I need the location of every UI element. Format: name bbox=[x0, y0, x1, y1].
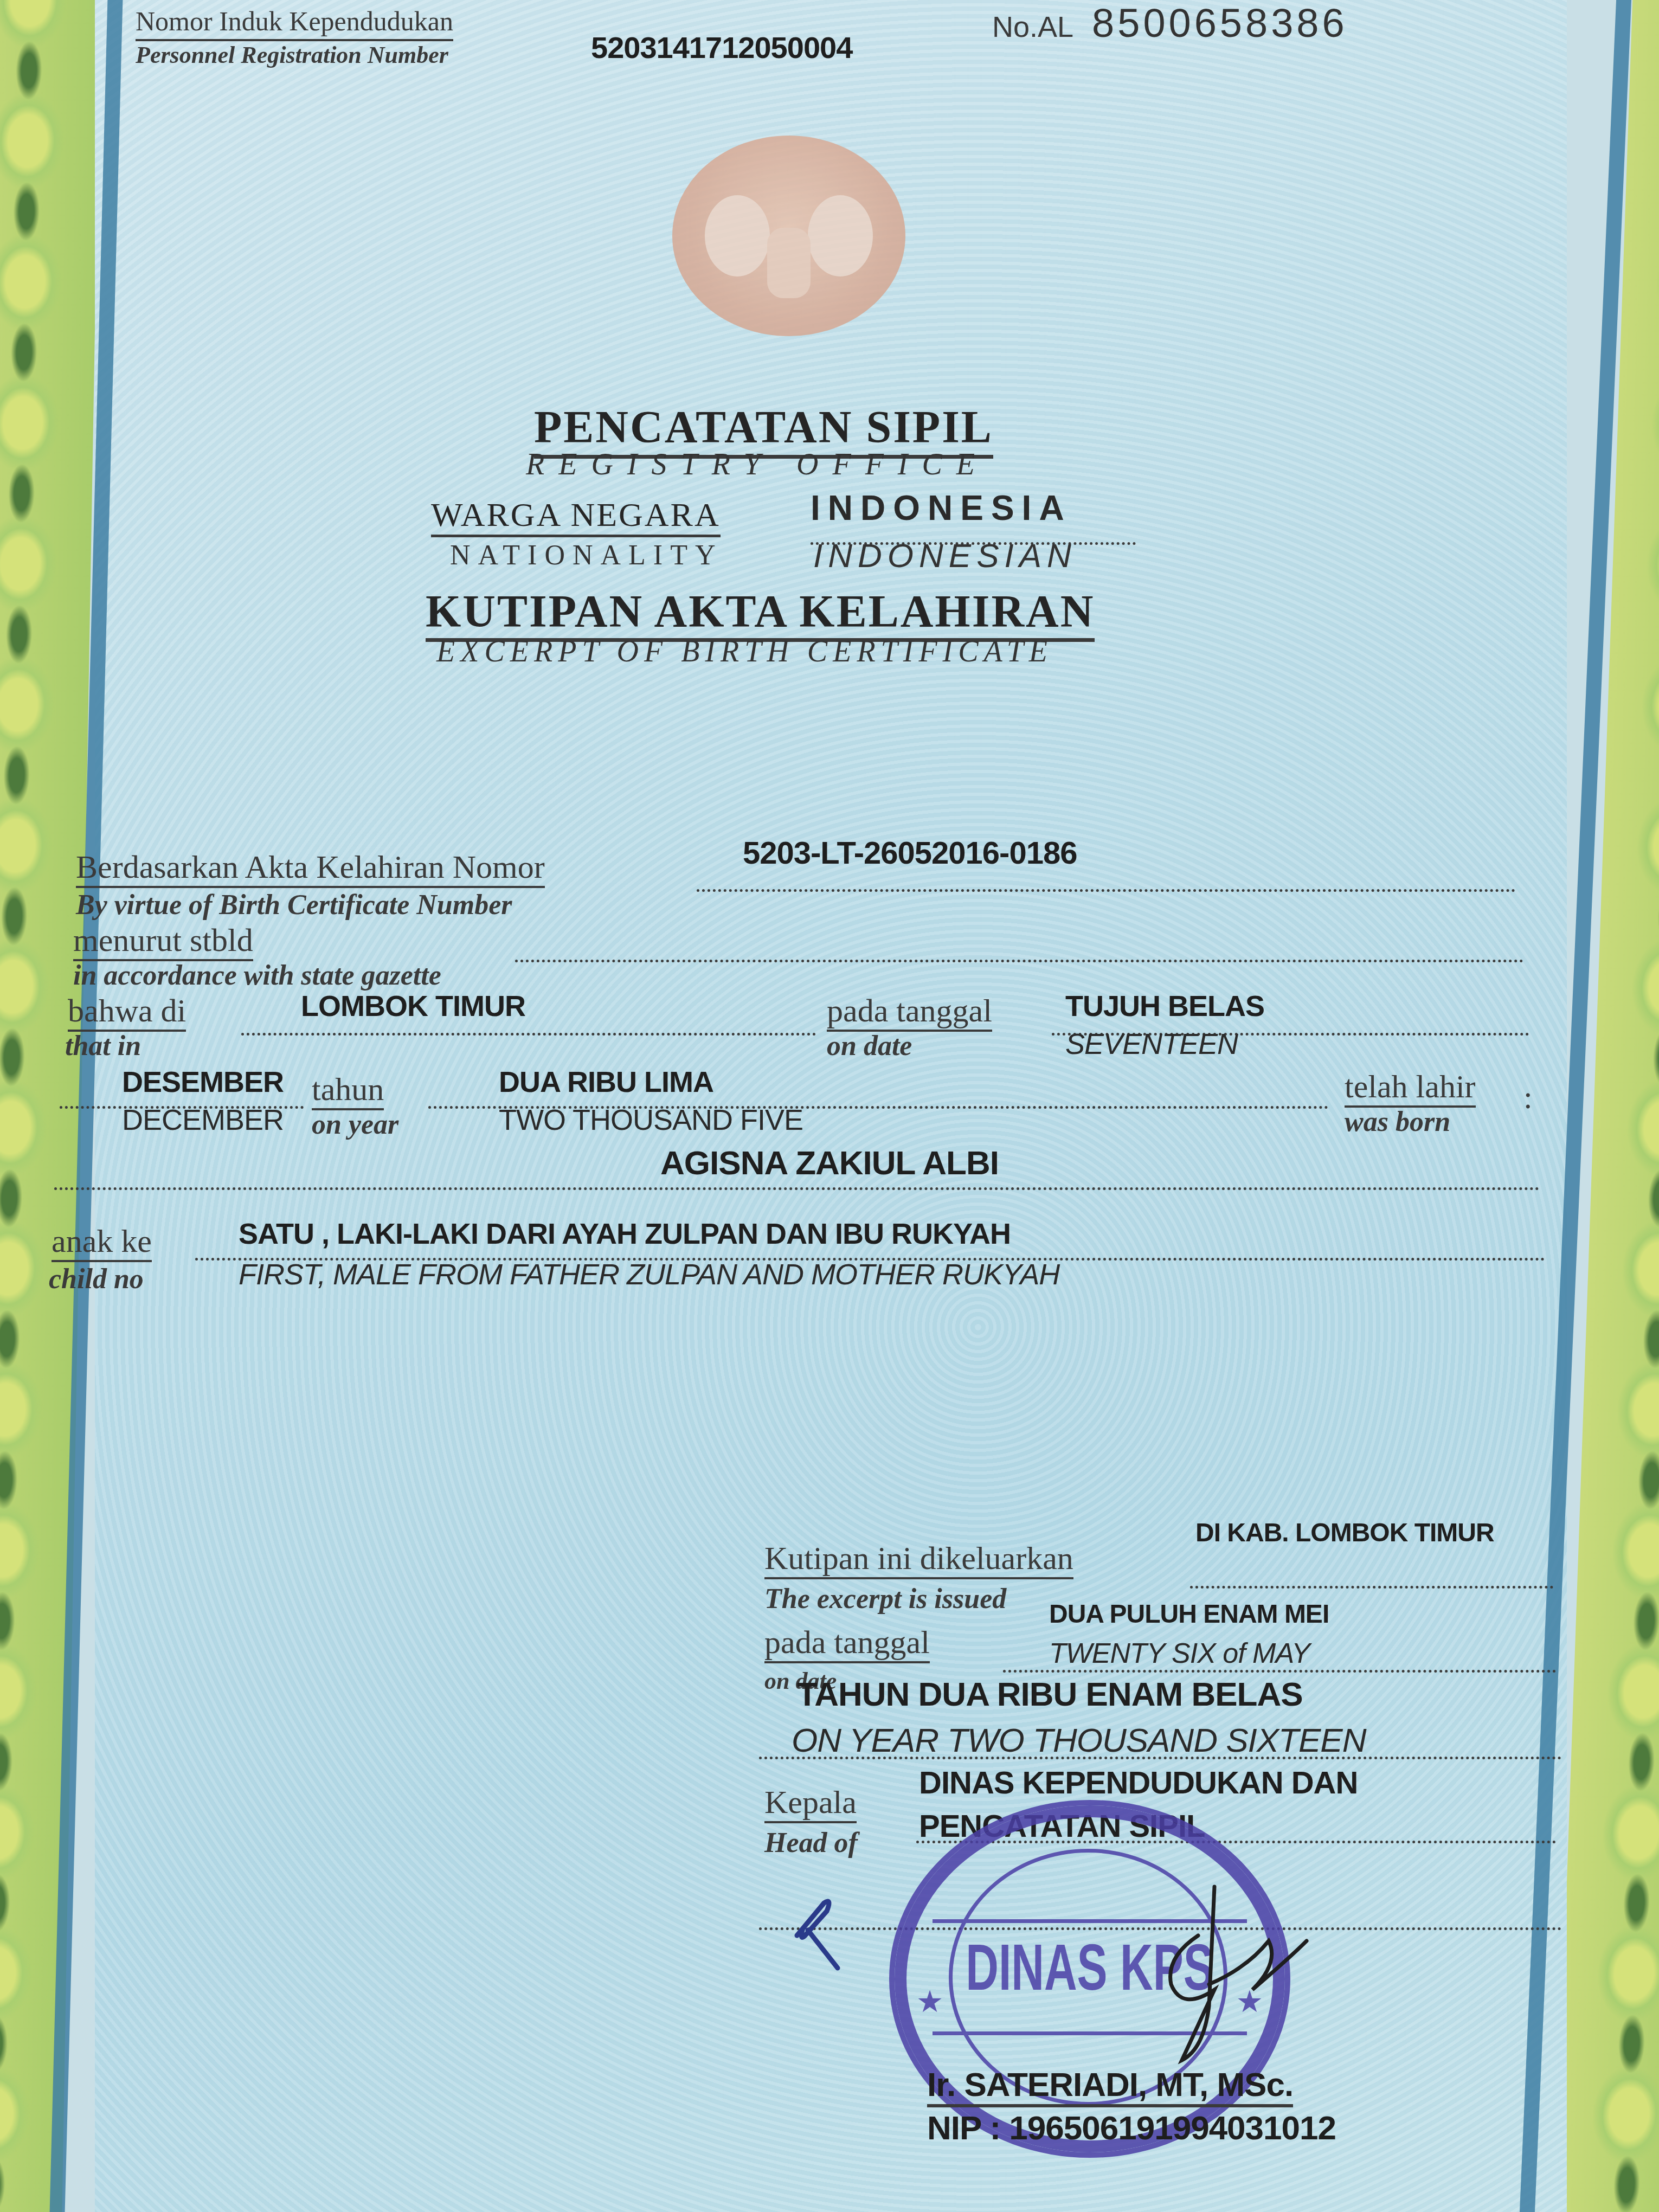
nationality-value: INDONESIA bbox=[811, 488, 1072, 528]
issued-label-en: The excerpt is issued bbox=[764, 1583, 1006, 1615]
date-value-en: SEVENTEEN bbox=[1065, 1027, 1238, 1061]
place-label: bahwa di bbox=[68, 992, 186, 1032]
nik-label: Nomor Induk Kependudukan bbox=[136, 5, 453, 41]
nik-value: 5203141712050004 bbox=[591, 30, 852, 65]
date-label-en: on date bbox=[827, 1030, 912, 1062]
child-order-label: anak ke bbox=[52, 1223, 152, 1262]
date-label: pada tanggal bbox=[827, 992, 992, 1032]
child-name: AGISNA ZAKIUL ALBI bbox=[0, 1144, 1659, 1182]
nationality-label: WARGA NEGARA bbox=[431, 496, 721, 537]
official-name: Ir. SATERIADI, MT, MSc. bbox=[927, 2066, 1293, 2107]
issued-date-label: pada tanggal bbox=[764, 1624, 930, 1663]
issued-year-value-en: ON YEAR TWO THOUSAND SIXTEEN bbox=[792, 1721, 1366, 1760]
month-value: DESEMBER bbox=[122, 1065, 284, 1099]
document-title: KUTIPAN AKTA KELAHIRAN bbox=[426, 586, 1095, 642]
official-nip: NIP : 196506191994031012 bbox=[927, 2109, 1336, 2147]
year-label-en: on year bbox=[312, 1109, 398, 1141]
born-label: telah lahir bbox=[1345, 1068, 1476, 1108]
year-value-en: TWO THOUSAND FIVE bbox=[499, 1103, 803, 1137]
nik-label-en: Personnel Registration Number bbox=[136, 41, 453, 69]
nationality-label-en: NATIONALITY bbox=[450, 539, 723, 571]
child-order-label-en: child no bbox=[49, 1263, 144, 1295]
stbld-label-en: in accordance with state gazette bbox=[73, 960, 441, 992]
year-label: tahun bbox=[312, 1071, 384, 1110]
head-of-label: Kepala bbox=[764, 1784, 857, 1823]
child-order-value: SATU , LAKI-LAKI DARI AYAH ZULPAN DAN IB… bbox=[239, 1217, 1011, 1251]
stbld-label: menurut stbld bbox=[73, 922, 253, 961]
document-title-en: EXCERPT OF BIRTH CERTIFICATE bbox=[436, 634, 1053, 669]
place-label-en: that in bbox=[65, 1030, 141, 1062]
handwritten-mark-icon bbox=[786, 1887, 846, 1973]
issued-year-value: TAHUN DUA RIBU ENAM BELAS bbox=[797, 1675, 1303, 1714]
issued-date-value: DUA PULUH ENAM MEI bbox=[1049, 1599, 1329, 1629]
signature-icon bbox=[1149, 1876, 1312, 2071]
cert-number-value: 5203-LT-26052016-0186 bbox=[743, 835, 1077, 871]
garuda-emblem-icon bbox=[672, 136, 905, 336]
month-value-en: DECEMBER bbox=[122, 1103, 284, 1137]
year-value: DUA RIBU LIMA bbox=[499, 1065, 713, 1099]
issued-label: Kutipan ini dikeluarkan bbox=[764, 1540, 1073, 1579]
serial-number-block: No.AL 8500658386 bbox=[992, 0, 1348, 46]
serial-prefix: No.AL bbox=[992, 11, 1073, 43]
nationality-value-en: INDONESIAN bbox=[813, 537, 1077, 575]
cert-number-label: Berdasarkan Akta Kelahiran Nomor bbox=[76, 848, 545, 888]
office-line-1: DINAS KEPENDUDUKAN DAN bbox=[919, 1765, 1358, 1801]
office-title-en: REGISTRY OFFICE bbox=[526, 447, 989, 482]
cert-number-label-en: By virtue of Birth Certificate Number bbox=[76, 889, 512, 921]
nik-label-block: Nomor Induk Kependudukan Personnel Regis… bbox=[136, 5, 453, 69]
star-icon: ★ bbox=[916, 1984, 943, 2020]
issued-place: DI KAB. LOMBOK TIMUR bbox=[1195, 1518, 1494, 1548]
place-value: LOMBOK TIMUR bbox=[301, 989, 525, 1023]
date-value: TUJUH BELAS bbox=[1065, 989, 1264, 1023]
child-order-value-en: FIRST, MALE FROM FATHER ZULPAN AND MOTHE… bbox=[239, 1258, 1059, 1291]
head-of-label-en: Head of bbox=[764, 1827, 858, 1859]
serial-number: 8500658386 bbox=[1092, 1, 1348, 46]
issued-date-value-en: TWENTY SIX of MAY bbox=[1049, 1637, 1310, 1670]
born-label-en: was born bbox=[1345, 1106, 1450, 1138]
